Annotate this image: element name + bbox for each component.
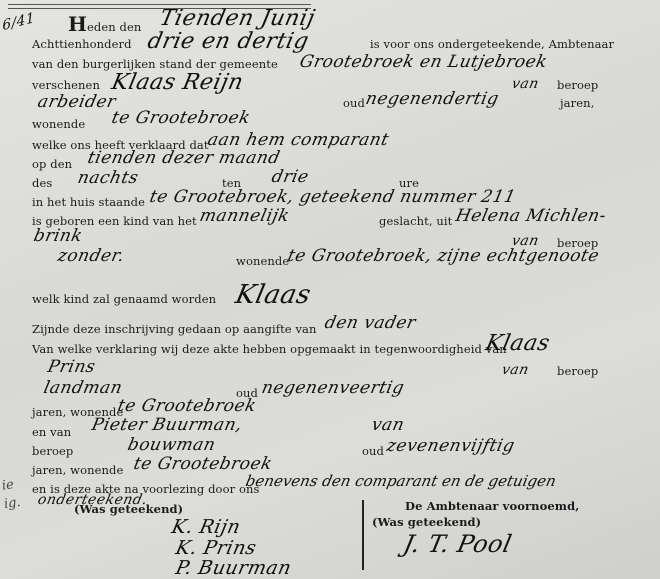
birth-record-page: 6/41 Heden den Tienden Junij Achttienhon… — [0, 0, 660, 579]
hw-residence: te Grootebroek — [110, 108, 252, 128]
printed-op-den: op den — [32, 157, 72, 171]
hw-witness2-occupation: bouwman — [126, 435, 218, 455]
printed-heden-rest: eden den — [87, 20, 141, 34]
printed-beroep-4: beroep — [32, 444, 73, 458]
hw-van-2: van — [500, 362, 530, 378]
hw-occupation: arbeider — [36, 92, 118, 112]
hw-informant: den vader — [323, 313, 418, 333]
act-number: 6/41 — [2, 10, 36, 34]
hw-witness2-name: Pieter Buurman, — [90, 415, 244, 435]
printed-van-welke: Van welke verklaring wij deze akte hebbe… — [32, 342, 507, 356]
hw-time-of-day: nachts — [76, 168, 140, 188]
printed-verschenen: verschenen — [32, 78, 100, 92]
margin-note-1: ie — [1, 477, 15, 494]
printed-was-geteekend-2: (Was geteekend) — [372, 515, 481, 529]
hw-day: Tienden Junij — [157, 6, 317, 31]
printed-is-voor-ons: is voor ons ondergeteekende, Ambtenaar — [370, 37, 614, 51]
hw-van-1: van — [510, 76, 540, 92]
printed-jaren-wonende-2: jaren, wonende — [32, 463, 123, 477]
hw-hour: drie — [270, 167, 311, 187]
printed-burgerlijken-stand: van den burgerlijken stand der gemeente — [32, 57, 278, 71]
hw-witness1-first: Klaas — [483, 331, 552, 356]
printed-was-geteekend-1: (Was geteekend) — [74, 502, 183, 516]
hw-statement: aan hem comparant — [206, 130, 391, 150]
hw-witness2-residence: te Grootebroek — [132, 454, 274, 474]
printed-beroep-1: beroep — [557, 78, 598, 92]
printed-oud-1: oud — [343, 96, 365, 110]
printed-de-ambtenaar: De Ambtenaar voornoemd, — [405, 499, 579, 513]
hw-age: negenendertig — [364, 89, 501, 109]
hw-witness2-age: zevenenvijftig — [385, 436, 517, 456]
printed-welk-kind: welk kind zal genaamd worden — [32, 292, 216, 306]
printed-jaren-1: jaren, — [560, 96, 594, 110]
hw-van-3: van — [370, 415, 406, 435]
hw-year: drie en dertig — [145, 29, 311, 54]
printed-heden-den: Heden den — [68, 12, 141, 36]
signature-buurman: P. Buurman — [174, 557, 294, 579]
printed-zijnde: Zijnde deze inschrijving gedaan op aangi… — [32, 322, 317, 336]
hw-sex: mannelijk — [198, 206, 291, 226]
hw-mother-occupation: zonder. — [56, 246, 127, 266]
hw-witness1-age: negenenveertig — [260, 378, 406, 398]
printed-wonende-1: wonende — [32, 117, 85, 131]
printed-en-van: en van — [32, 425, 71, 439]
printed-geslacht-uit: geslacht, uit — [379, 214, 452, 228]
signature-rijn: K. Rijn — [170, 516, 243, 538]
hw-signing: benevens den comparant en de getuigen — [244, 472, 558, 490]
printed-in-het-huis: in het huis staande — [32, 195, 145, 209]
signature-bracket — [362, 500, 370, 570]
margin-note-2: ig. — [3, 495, 22, 512]
hw-child-name: Klaas — [233, 280, 314, 310]
hw-witness1-occupation: landman — [42, 378, 124, 398]
printed-beroep-3: beroep — [557, 364, 598, 378]
printed-oud-3: oud — [362, 444, 384, 458]
hw-mother-cont: brink — [32, 226, 84, 246]
signature-official-pool: J. T. Pool — [401, 530, 514, 558]
hw-municipality: Grootebroek en Lutjebroek — [298, 52, 549, 72]
hw-house: te Grootebroek, geteekend nummer 211 — [148, 187, 518, 207]
hw-mother-residence: te Grootebroek, zijne echtgenoote — [286, 246, 601, 266]
printed-des: des — [32, 176, 52, 190]
drop-cap-h: H — [68, 12, 87, 36]
hw-witness1-last: Prins — [46, 357, 97, 377]
hw-mother: Helena Michlen- — [454, 206, 608, 226]
printed-wonende-2: wonende — [236, 254, 289, 268]
printed-achttienhonderd: Achttienhonderd — [32, 37, 132, 51]
hw-declarant: Klaas Reijn — [109, 70, 245, 95]
hw-date: tienden dezer maand — [86, 148, 282, 168]
hw-witness1-residence: te Grootebroek — [116, 396, 258, 416]
signature-prins: K. Prins — [174, 537, 259, 559]
